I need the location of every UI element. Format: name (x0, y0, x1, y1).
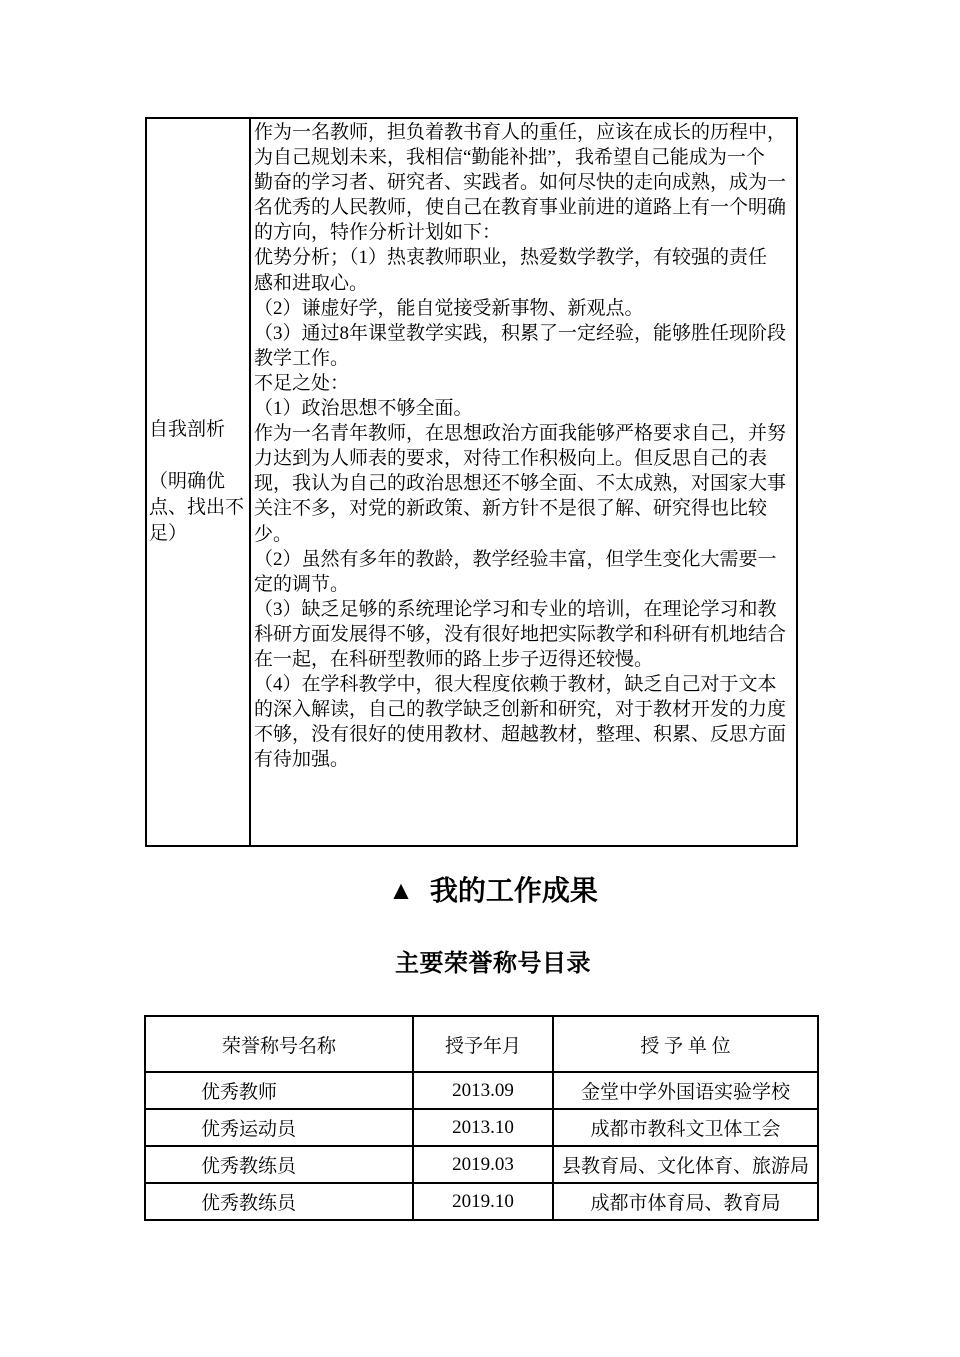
honor-name-cell: 优秀教练员 (145, 1183, 413, 1220)
subtitle-heading: 主要荣誉称号目录 (153, 949, 833, 979)
self-analysis-label-line: 自我剖析 (149, 417, 249, 443)
self-analysis-text-line: 的深入解读，自己的教学缺乏创新和研究，对于教材开发的力度 (254, 697, 794, 722)
section-heading: ▲我的工作成果 (153, 876, 833, 908)
honors-table: 荣誉称号名称 授予年月 授 予 单 位 优秀教师2013.09金堂中学外国语实验… (144, 1015, 819, 1221)
header-award-date: 授予年月 (413, 1016, 553, 1072)
header-award-unit: 授 予 单 位 (553, 1016, 818, 1072)
award-unit-cell: 金堂中学外国语实验学校 (553, 1072, 818, 1109)
self-analysis-text-line: 关注不多，对党的新政策、新方针不是很了解、研究得也比较 (254, 496, 794, 521)
honor-name-cell: 优秀教练员 (145, 1146, 413, 1183)
self-analysis-table: 自我剖析 （明确优点、找出不足） 作为一名教师，担负着教书育人的重任，应该在成长… (145, 117, 798, 847)
honor-name-cell: 优秀教师 (145, 1072, 413, 1109)
honor-row: 优秀教练员2019.10成都市体育局、教育局 (145, 1183, 818, 1220)
document-page: 自我剖析 （明确优点、找出不足） 作为一名教师，担负着教书育人的重任，应该在成长… (0, 0, 960, 1357)
self-analysis-text-line: 作为一名教师，担负着教书育人的重任，应该在成长的历程中， (254, 120, 794, 145)
self-analysis-text-line: 不够，没有很好的使用教材、超越教材，整理、积累、反思方面 (254, 722, 794, 747)
award-unit-cell: 成都市教科文卫体工会 (553, 1109, 818, 1146)
self-analysis-label-cell: 自我剖析 （明确优点、找出不足） (147, 119, 251, 845)
self-analysis-text-line: 为自己规划未来，我相信“勤能补拙”，我希望自己能成为一个 (254, 145, 794, 170)
award-date-cell: 2019.10 (413, 1183, 553, 1220)
self-analysis-text-line: 科研方面发展得不够，没有很好地把实际教学和科研有机地结合 (254, 622, 794, 647)
self-analysis-label-line: 点、找出不 (149, 495, 249, 521)
self-analysis-text-line: 作为一名青年教师，在思想政治方面我能够严格要求自己，并努 (254, 421, 794, 446)
honor-name-cell: 优秀运动员 (145, 1109, 413, 1146)
award-date-cell: 2013.10 (413, 1109, 553, 1146)
honors-header-row: 荣誉称号名称 授予年月 授 予 单 位 (145, 1016, 818, 1072)
triangle-bullet-icon: ▲ (388, 876, 414, 905)
self-analysis-text-line: 在一起，在科研型教师的路上步子迈得还较慢。 (254, 647, 794, 672)
self-analysis-text-line: 教学工作。 (254, 346, 794, 371)
self-analysis-text-line: （3）通过8年课堂教学实践，积累了一定经验，能够胜任现阶段 (254, 321, 794, 346)
self-analysis-text-line: （1）政治思想不够全面。 (254, 396, 794, 421)
self-analysis-text-line: 定的调节。 (254, 572, 794, 597)
self-analysis-text-line: 现，我认为自己的政治思想还不够全面、不太成熟，对国家大事 (254, 471, 794, 496)
self-analysis-content-cell: 作为一名教师，担负着教书育人的重任，应该在成长的历程中，为自己规划未来，我相信“… (251, 119, 796, 845)
self-analysis-text-line: 不足之处： (254, 371, 794, 396)
self-analysis-text-line: 勤奋的学习者、研究者、实践者。如何尽快的走向成熟，成为一 (254, 170, 794, 195)
section-title: 我的工作成果 (430, 876, 598, 907)
honor-row: 优秀教练员2019.03县教育局、文化体育、旅游局 (145, 1146, 818, 1183)
self-analysis-text-line: （3）缺乏足够的系统理论学习和专业的培训，在理论学习和教 (254, 597, 794, 622)
honor-row: 优秀教师2013.09金堂中学外国语实验学校 (145, 1072, 818, 1109)
header-honor-name: 荣誉称号名称 (145, 1016, 413, 1072)
award-date-cell: 2013.09 (413, 1072, 553, 1109)
self-analysis-text-line: （2）谦虚好学，能自觉接受新事物、新观点。 (254, 296, 794, 321)
self-analysis-text-line: 名优秀的人民教师，使自己在教育事业前进的道路上有一个明确 (254, 195, 794, 220)
self-analysis-text-line: （4）在学科教学中，很大程度依赖于教材，缺乏自己对于文本 (254, 672, 794, 697)
self-analysis-label-line (149, 443, 249, 469)
self-analysis-text-line: 有待加强。 (254, 747, 794, 772)
award-unit-cell: 县教育局、文化体育、旅游局 (553, 1146, 818, 1183)
self-analysis-text-line: （2）虽然有多年的教龄，教学经验丰富，但学生变化大需要一 (254, 547, 794, 572)
award-unit-cell: 成都市体育局、教育局 (553, 1183, 818, 1220)
honor-row: 优秀运动员2013.10成都市教科文卫体工会 (145, 1109, 818, 1146)
award-date-cell: 2019.03 (413, 1146, 553, 1183)
self-analysis-label-line: （明确优 (149, 469, 249, 495)
self-analysis-label-line: 足） (149, 521, 249, 547)
self-analysis-text-line: 的方向，特作分析计划如下： (254, 220, 794, 245)
honors-table-body: 优秀教师2013.09金堂中学外国语实验学校优秀运动员2013.10成都市教科文… (145, 1072, 818, 1220)
self-analysis-text-line: 少。 (254, 522, 794, 547)
self-analysis-text-line: 力达到为人师表的要求，对待工作积极向上。但反思自己的表 (254, 446, 794, 471)
self-analysis-text-line: 感和进取心。 (254, 271, 794, 296)
self-analysis-text-line: 优势分析；（1）热衷教师职业，热爱数学教学，有较强的责任 (254, 245, 794, 270)
